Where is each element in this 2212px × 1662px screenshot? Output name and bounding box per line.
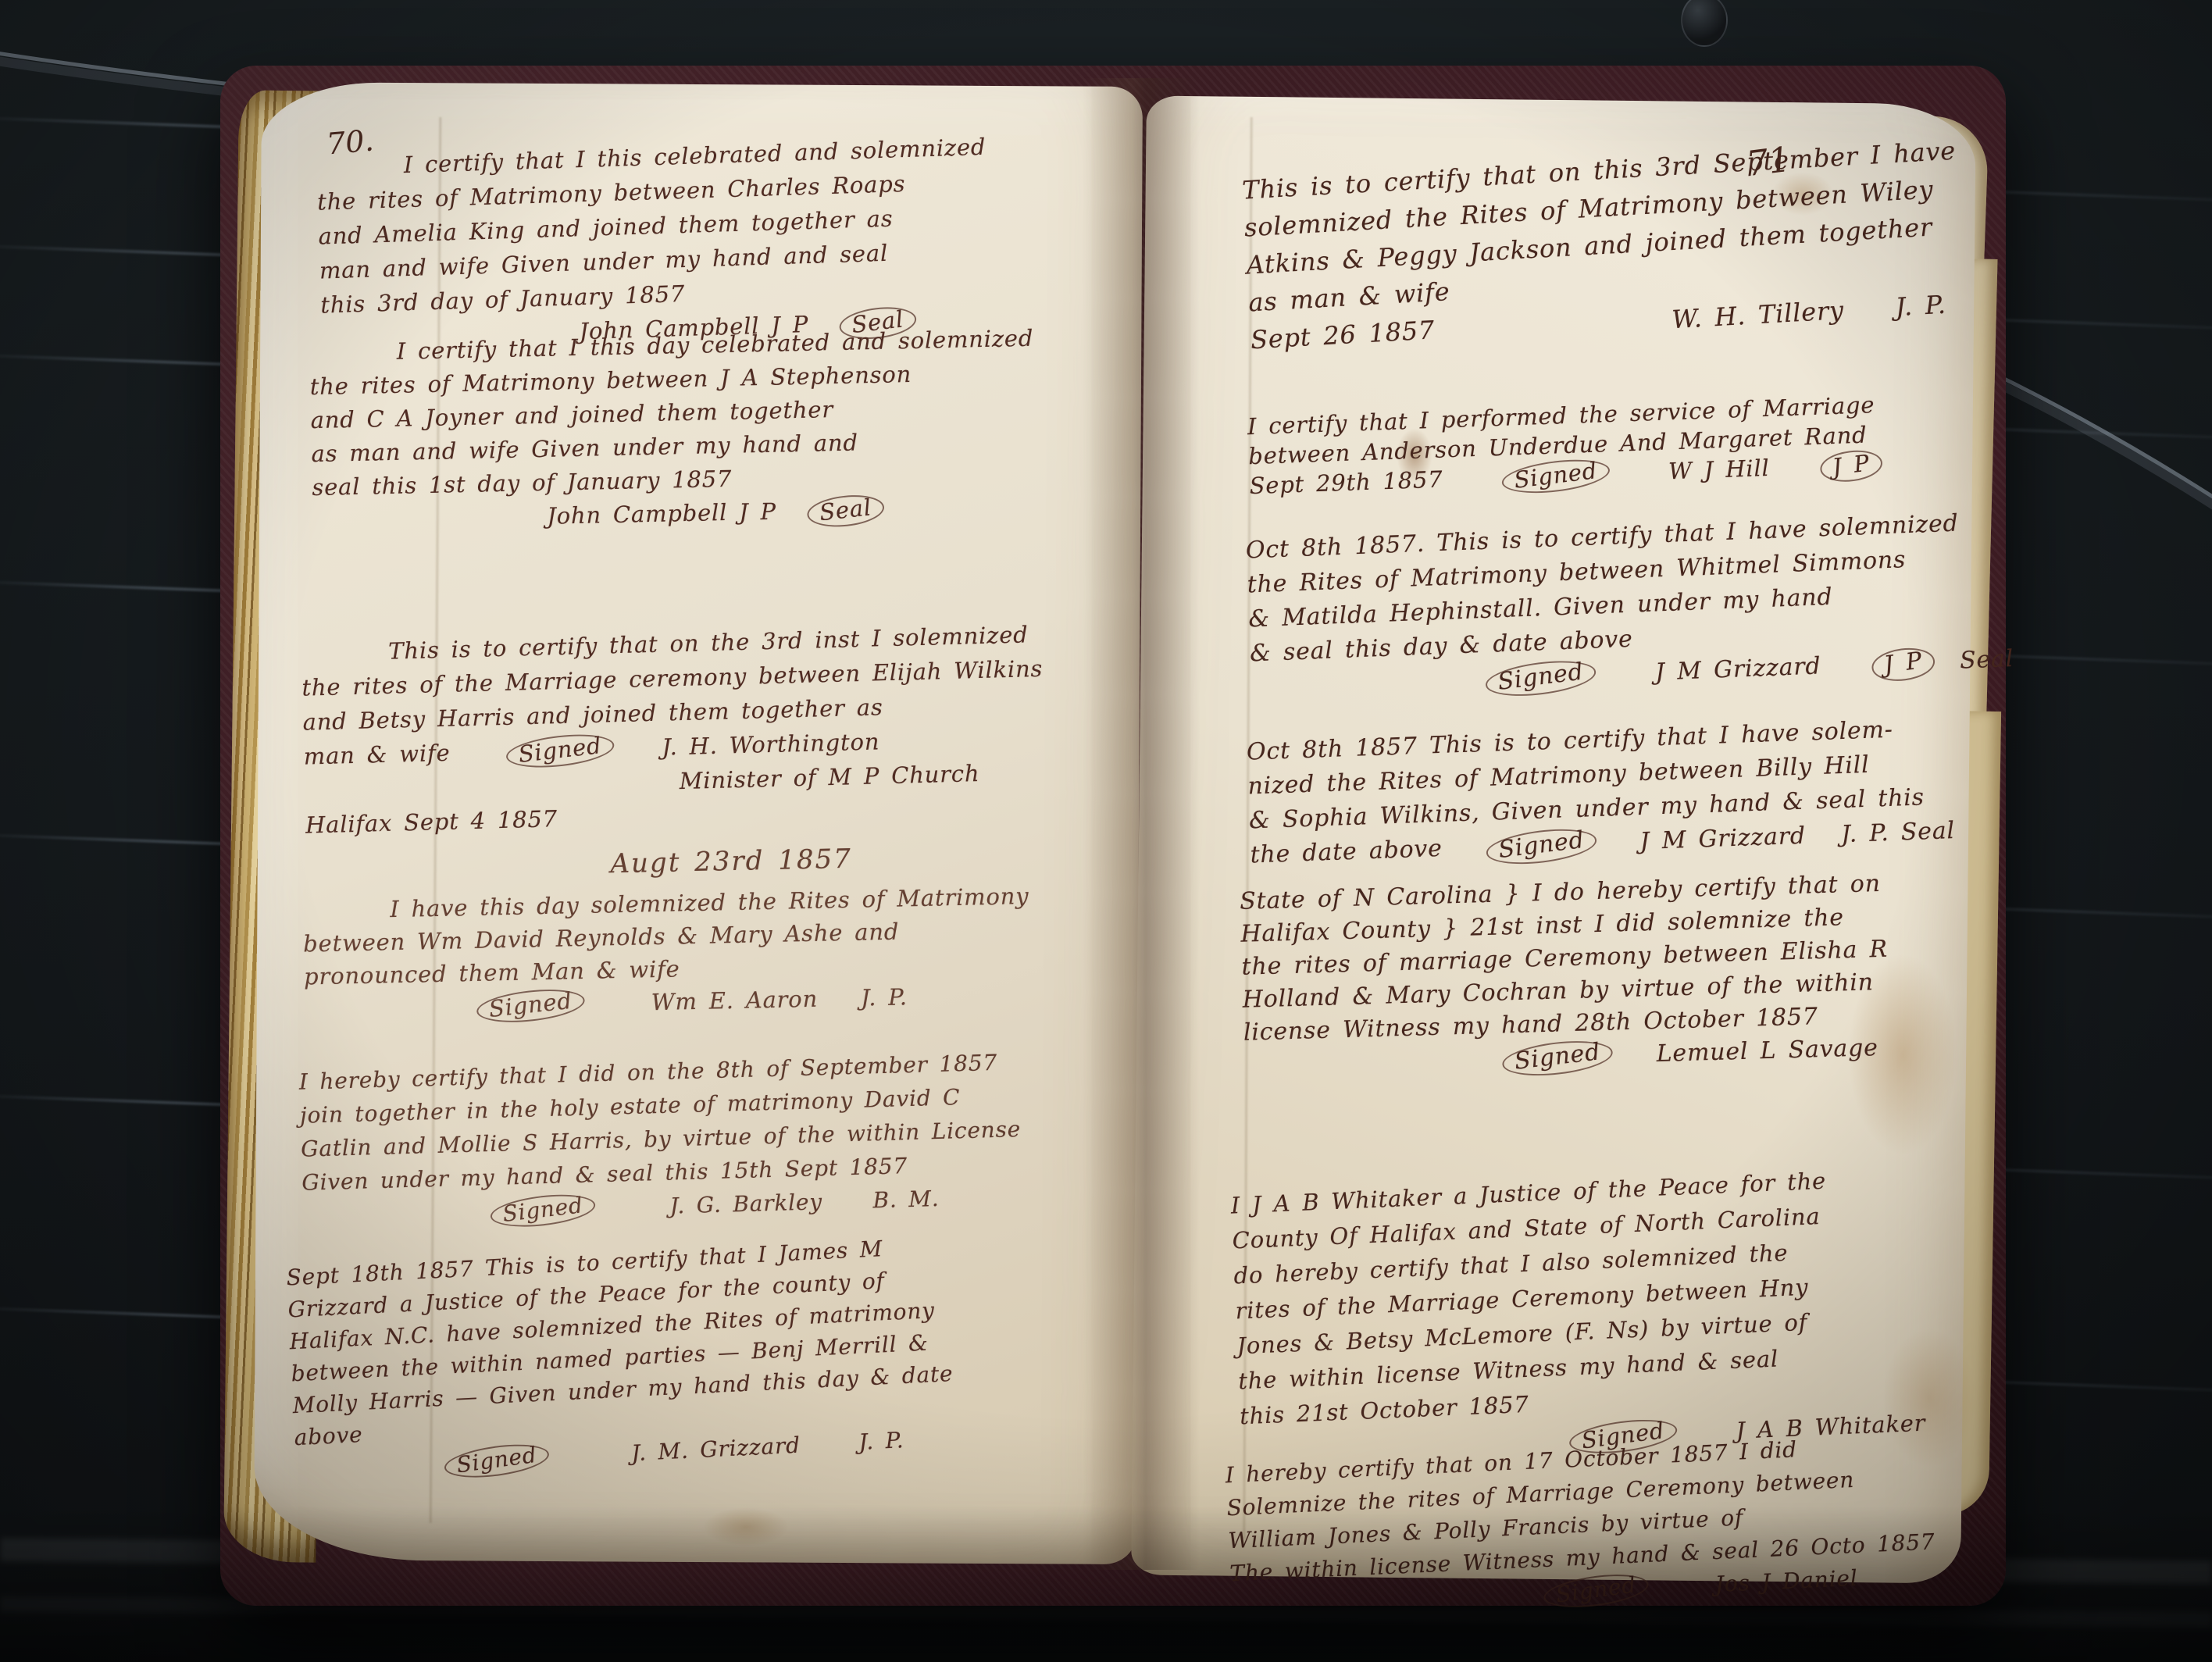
signature-lead: man & wife bbox=[303, 740, 451, 770]
signature: Jos J Daniel bbox=[1714, 1565, 1858, 1597]
photo-scene: 70. 71 I certify that I this celebrated … bbox=[0, 0, 2212, 1662]
page-stain bbox=[703, 1507, 789, 1546]
register-entry: Oct 8th 1857. This is to certify that I … bbox=[1245, 501, 2126, 706]
register-entry: I certify that I this day celebrated and… bbox=[309, 319, 1140, 538]
signature: W. H. Tillery bbox=[1671, 295, 1844, 334]
signature: J M Grizzard bbox=[1639, 822, 1806, 855]
seal-oval: Seal bbox=[805, 492, 885, 531]
signature: W J Hill bbox=[1668, 455, 1770, 484]
signature-title: B. M. bbox=[872, 1186, 940, 1213]
signature-title: J. P. Seal bbox=[1841, 817, 1956, 848]
signature-title: Seal bbox=[1959, 645, 2014, 675]
signature: Wm E. Aaron bbox=[651, 986, 818, 1015]
seal-oval: J P bbox=[1870, 644, 1937, 683]
register-entry: I J A B Whitaker a Justice of the Peace … bbox=[1230, 1152, 2116, 1470]
register-entry: Augt 23rd 1857 I have this day solemnize… bbox=[301, 836, 1164, 1026]
signature: John Campbell J P bbox=[547, 498, 776, 530]
signature: J. G. Barkley bbox=[669, 1189, 822, 1218]
signature: J. H. Worthington bbox=[662, 728, 880, 760]
register-entry: This is to certify that on the 3rd inst … bbox=[301, 613, 1181, 842]
seal-oval: J P bbox=[1818, 448, 1884, 486]
signature-title: J. P. bbox=[858, 1427, 904, 1455]
signature-title: J. P. bbox=[1895, 290, 1947, 323]
register-entry: State of N Carolina } I do hereby certif… bbox=[1240, 861, 2128, 1082]
signature: Lemuel L Savage bbox=[1656, 1034, 1878, 1068]
signature-lead: Sept 29th 1857 bbox=[1249, 466, 1443, 500]
signature: J M Grizzard bbox=[1654, 652, 1821, 686]
register-entry: I hereby certify that I did on the 8th o… bbox=[298, 1040, 1186, 1232]
signature-title: J. P. bbox=[861, 983, 908, 1011]
signature-lead: the date above bbox=[1250, 835, 1443, 869]
signature: J. M. Grizzard bbox=[630, 1432, 801, 1467]
register-entry: Sept 18th 1857 This is to certify that I… bbox=[286, 1219, 1171, 1486]
